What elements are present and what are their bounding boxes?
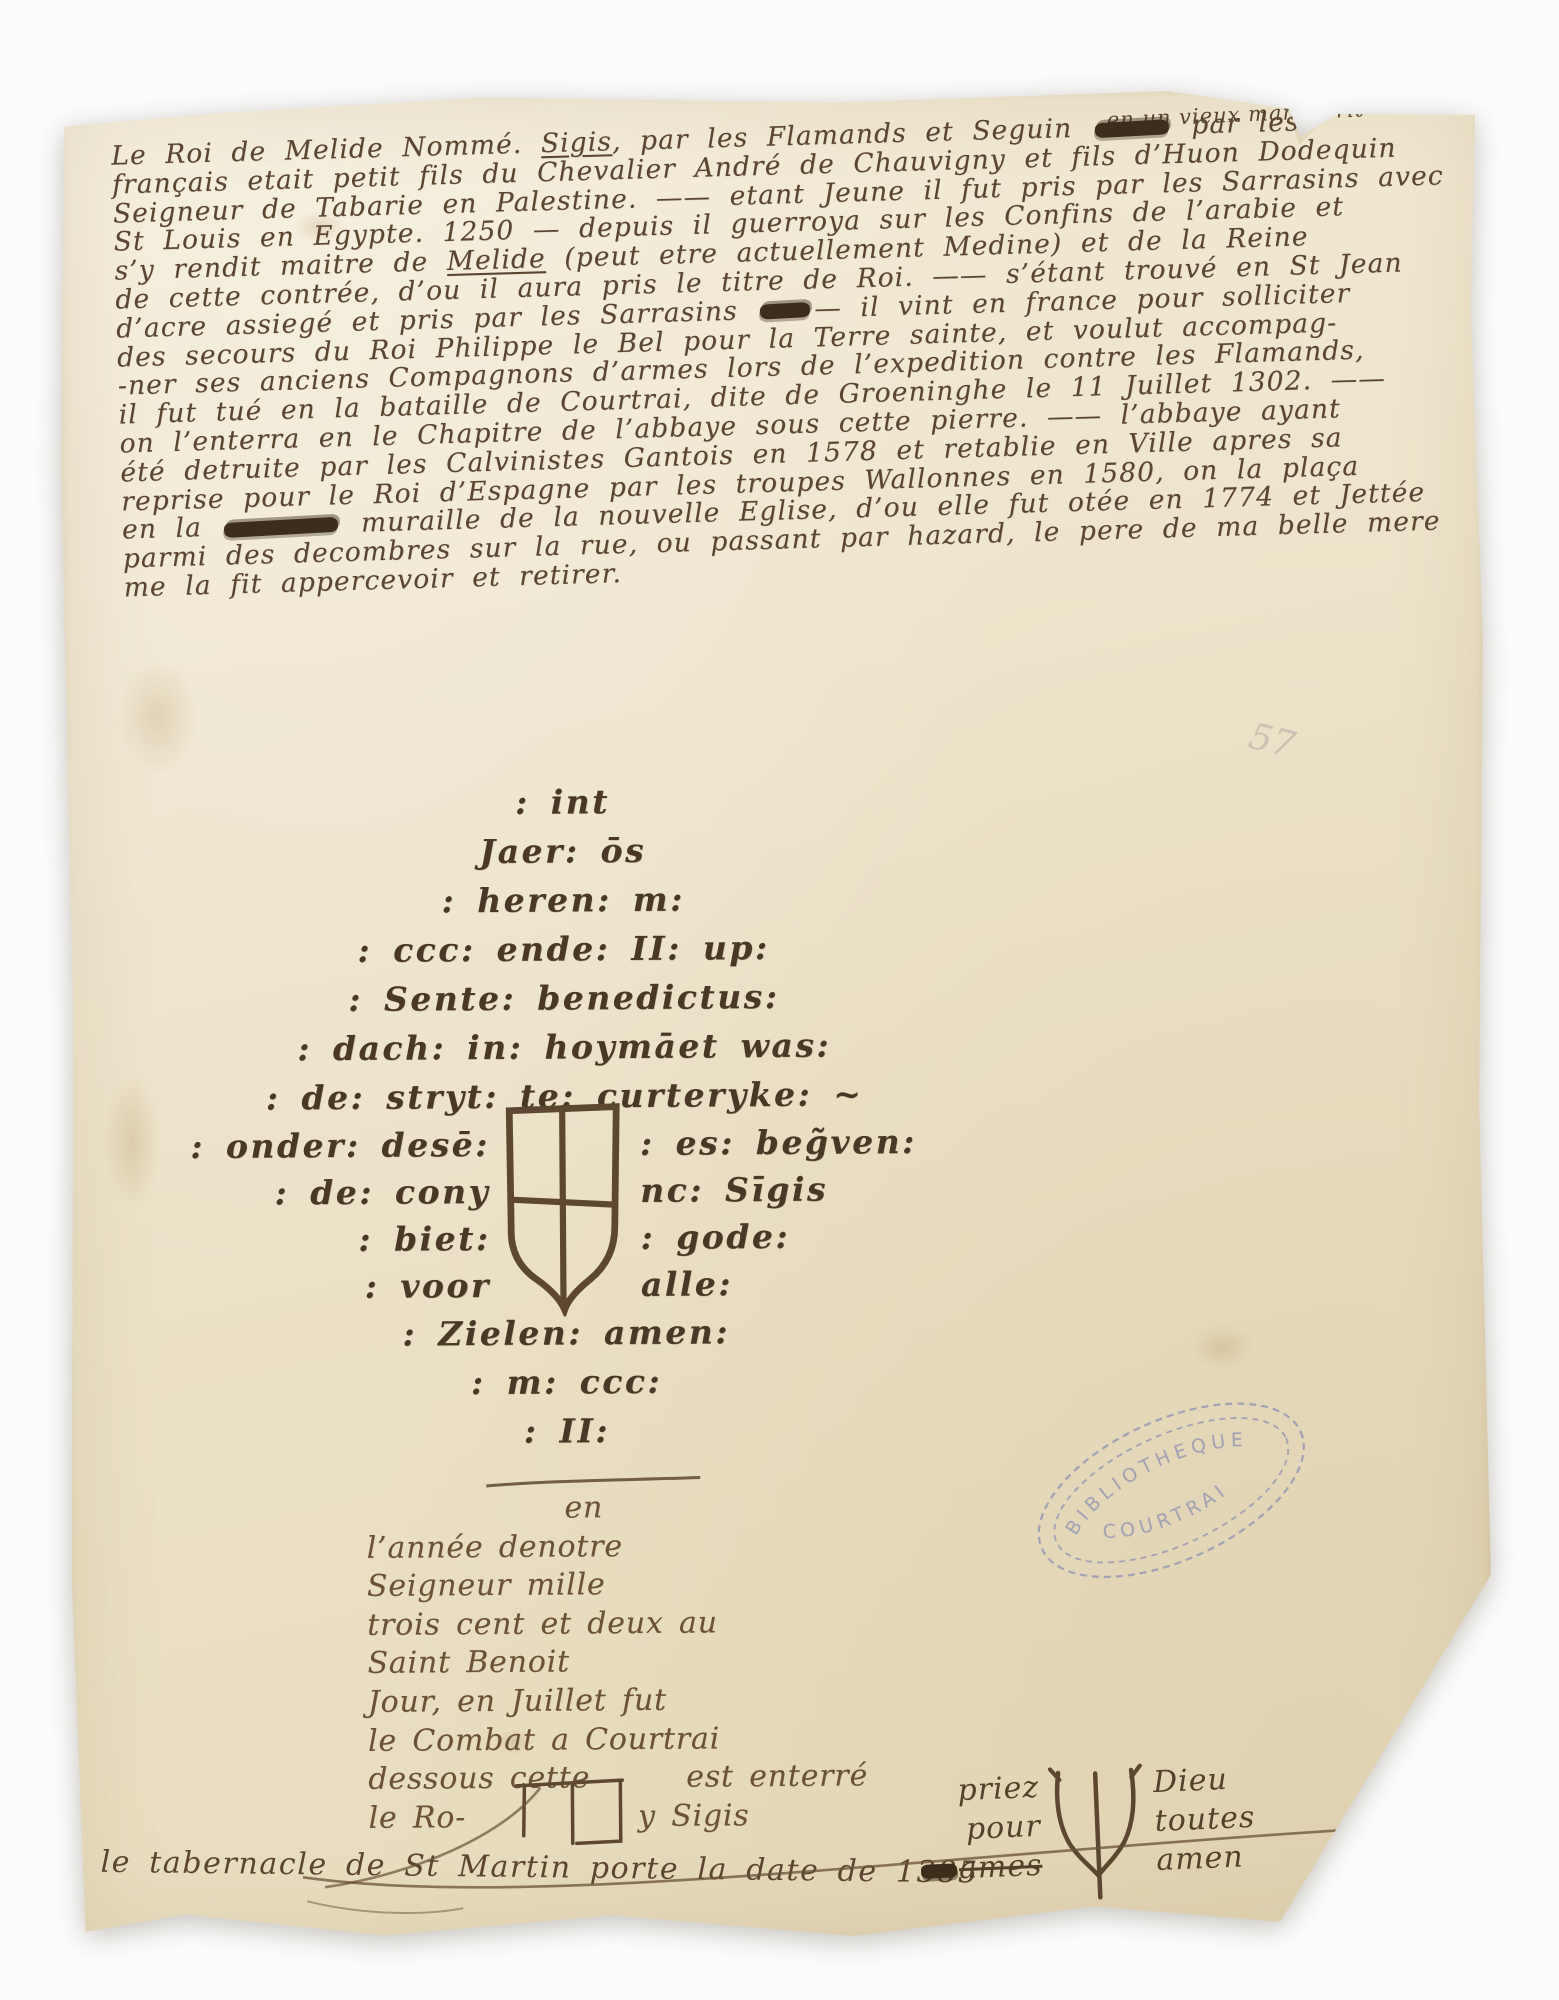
prayer-line: m ccc <box>1048 1909 1155 1938</box>
underlined-word: Sigis <box>540 126 612 159</box>
inscription-line: : dach: in: hoymāet was: <box>141 1020 987 1075</box>
heraldic-shield-drawing <box>500 1102 625 1317</box>
prayer-left-column: priezpourames <box>917 1768 1047 1969</box>
french-paragraph: Le Roi de Melide Nommé. Sigis, par les F… <box>111 103 1484 603</box>
prayer-inscription: priezpourames m cccII Dieutoutesamen <box>917 1759 1261 1969</box>
french-translation: enl’année denotreSeigneur milletrois cen… <box>366 1487 968 1839</box>
translation-line: l’année denotre <box>367 1525 967 1568</box>
footer-note: le tabernacle de St Martin porte la date… <box>100 1845 979 1891</box>
prayer-line: ames <box>920 1846 1043 1890</box>
paper-background: en un vieux manuscrit Le Roi de Melide N… <box>59 87 1494 1945</box>
inscription-left-text: : voor <box>143 1262 491 1311</box>
inscription-right-text: nc: Sīgis <box>640 1165 988 1214</box>
paper-sheet: en un vieux manuscrit Le Roi de Melide N… <box>65 92 1487 1940</box>
manuscript-scan: { "colors": {"ink": "#5a4530", "ink_dark… <box>0 0 1559 2000</box>
inscription-line: Jaer: ōs <box>140 824 986 879</box>
translation-line: le Combat a Courtrai <box>368 1718 968 1761</box>
inscription-left-text: : de: cony <box>142 1168 490 1217</box>
ink-scribble <box>224 517 339 538</box>
prayer-line: amen <box>1156 1837 1258 1880</box>
inscription-upper: : intJaer: ōs: heren: m:: ccc: ende: II:… <box>139 775 987 1124</box>
inscription-lower: : Zielen: amen:: m: ccc:: II: <box>143 1306 990 1459</box>
inscription-right-text: : gode: <box>640 1212 988 1261</box>
paper-stain <box>102 636 213 797</box>
inscription-left-text: : biet: <box>142 1215 490 1264</box>
prayer-line: Dieu <box>1152 1759 1254 1802</box>
inscription-line: : m: ccc: <box>143 1355 989 1410</box>
translation-line: dessous cetteest enterré <box>368 1757 968 1800</box>
translation-line: Saint Benoit <box>367 1641 967 1684</box>
prayer-center-column: m cccII <box>1042 1763 1156 1963</box>
inscription-line: : heren: m: <box>140 873 986 928</box>
inscription-shield-rows: : onder: desē:: es: beg̃ven:: de: conync… <box>142 1118 989 1312</box>
prayer-right-column: Dieutoutesamen <box>1152 1759 1261 1959</box>
prayer-line: toutes <box>1154 1798 1256 1841</box>
prayer-line: priez <box>917 1768 1040 1812</box>
ink-blot <box>921 1863 958 1878</box>
inscription-line: : II: <box>144 1404 990 1459</box>
struck-word: ames <box>958 1848 1043 1886</box>
inscription-line: : Sente: benedictus: <box>141 971 987 1026</box>
prayer-shield-drawing <box>1047 1763 1149 1905</box>
ink-scribble <box>1094 119 1169 138</box>
inscription-right-text: : es: beg̃ven: <box>640 1118 988 1167</box>
prayer-line: pour <box>919 1807 1042 1851</box>
translation-line: Jour, en Juillet fut <box>368 1680 968 1723</box>
inscription-line: : ccc: ende: II: up: <box>140 922 986 977</box>
flemish-inscription: : intJaer: ōs: heren: m:: ccc: ende: II:… <box>139 775 990 1459</box>
translation-line: en <box>366 1487 966 1530</box>
pencil-mark: 57 <box>1245 716 1299 767</box>
prayer-below-shield: m cccII <box>1048 1909 1156 1963</box>
translation-line: trois cent et deux au <box>367 1602 967 1645</box>
inscription-line: : int <box>139 775 985 830</box>
library-stamp: BIBLIOTHEQUE COURTRAI <box>1006 1359 1337 1621</box>
small-shield-sketch <box>510 1771 631 1852</box>
inscription-right-text: alle: <box>641 1259 989 1308</box>
translation-line: Seigneur mille <box>367 1564 967 1607</box>
inscription-left-text: : onder: desē: <box>142 1121 490 1170</box>
translation-line: le Ro-y Sigis <box>368 1795 968 1838</box>
ink-scribble <box>760 302 811 320</box>
prayer-line: II <box>1034 1934 1157 1964</box>
